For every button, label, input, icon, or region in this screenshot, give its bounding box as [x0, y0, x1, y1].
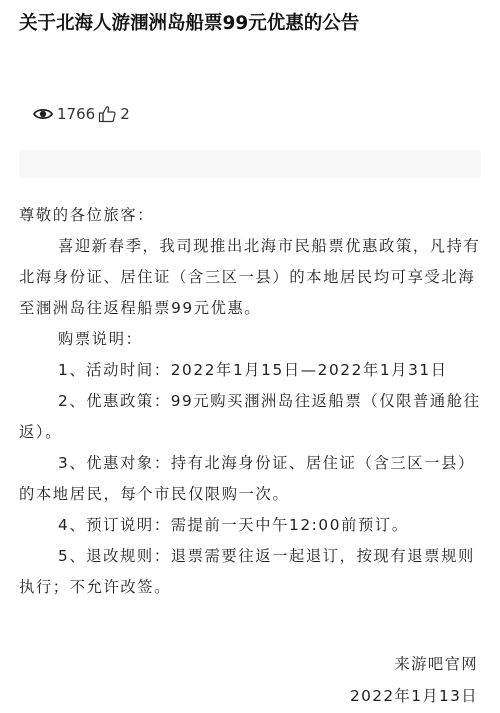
thumbs-up-icon[interactable]: [98, 105, 116, 123]
list-item: 2、优惠政策：99元购买涠洲岛往返船票（仅限普通舱往返）。: [19, 386, 481, 448]
list-item: 4、预订说明：需提前一天中午12:00前预订。: [19, 510, 481, 541]
article-stats: 1766 2: [33, 105, 130, 123]
list-item: 1、活动时间：2022年1月15日—2022年1月31日: [19, 355, 481, 386]
list-item: 3、优惠对象：持有北海身份证、居住证（含三区一县）的本地居民，每个市民仅限购一次…: [19, 448, 481, 510]
intro-paragraph: 喜迎新春季，我司现推出北海市民船票优惠政策，凡持有北海身份证、居住证（含三区一县…: [19, 231, 481, 324]
list-item: 5、退改规则：退票需要往返一起退订，按现有退票规则执行；不允许改签。: [19, 541, 481, 603]
signature: 来游吧官网 2022年1月13日: [350, 648, 478, 712]
issuer: 来游吧官网: [350, 648, 478, 680]
article-body: 尊敬的各位旅客： 喜迎新春季，我司现推出北海市民船票优惠政策，凡持有北海身份证、…: [19, 200, 481, 603]
article-title: 关于北海人游涠洲岛船票99元优惠的公告: [19, 9, 359, 35]
eye-icon: [33, 107, 53, 121]
divider-bar: [19, 150, 481, 178]
view-count: 1766: [57, 105, 95, 123]
section-heading: 购票说明：: [19, 324, 481, 355]
issue-date: 2022年1月13日: [350, 680, 478, 712]
like-count: 2: [120, 105, 130, 123]
greeting: 尊敬的各位旅客：: [19, 200, 481, 231]
